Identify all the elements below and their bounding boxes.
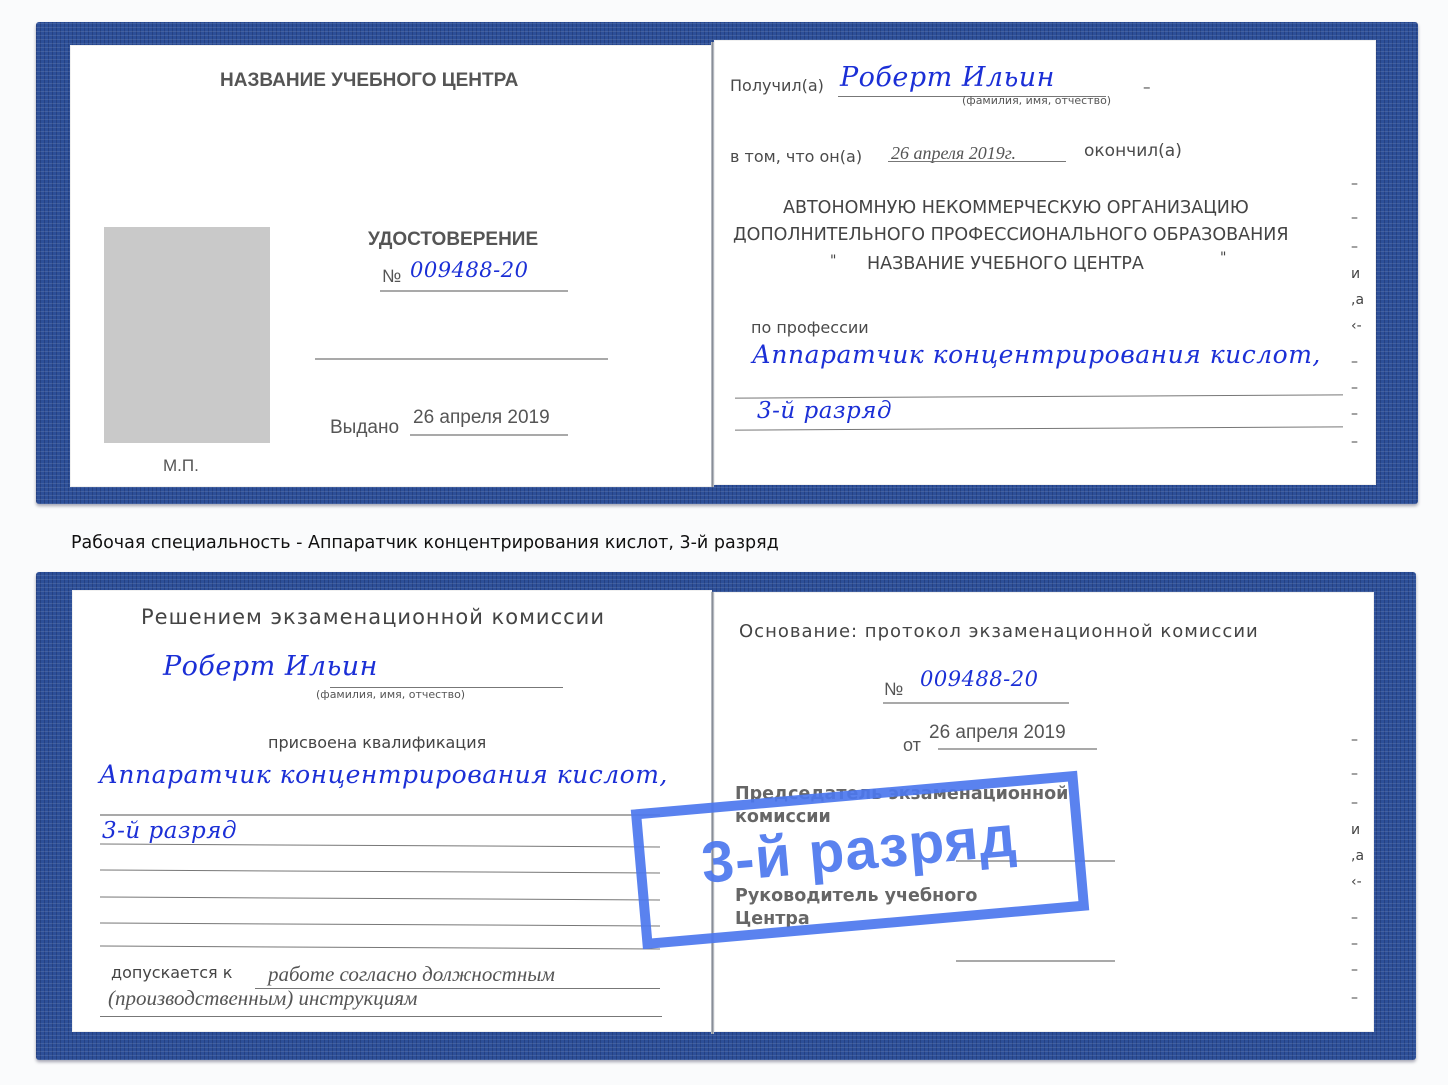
profession-label: по профессии <box>751 318 869 337</box>
profession-line-1: Аппаратчик концентрирования кислот, <box>752 340 1321 369</box>
qualification-label: присвоена квалификация <box>268 733 486 752</box>
admitted-underline-2 <box>100 1016 662 1017</box>
profession-line-2: 3-й разряд <box>757 398 892 424</box>
margin-mark: ‹- <box>1351 874 1362 890</box>
margin-mark: – <box>1351 434 1358 450</box>
org-line-3-quote-close: " <box>1220 250 1226 266</box>
number-prefix: № <box>382 266 401 287</box>
margin-mark: и <box>1351 822 1360 838</box>
margin-mark: – <box>1351 910 1358 926</box>
recipient-name: Роберт Ильин <box>840 62 1055 93</box>
completed-label: окончил(а) <box>1084 141 1182 161</box>
certificate-title: УДОСТОВЕРЕНИЕ <box>368 229 538 251</box>
margin-mark: и <box>1351 266 1360 282</box>
basis-label: Основание: протокол экзаменационной коми… <box>739 621 1259 642</box>
admitted-line-2: (производственным) инструкциям <box>108 986 417 1011</box>
margin-mark: – <box>1351 239 1358 255</box>
recipient-dash: – <box>1143 78 1151 96</box>
protocol-number-prefix: № <box>884 679 903 700</box>
photo-placeholder <box>104 227 270 443</box>
margin-mark: – <box>1351 176 1358 192</box>
protocol-number-underline <box>883 702 1069 704</box>
blank-line <box>315 358 608 360</box>
margin-mark: – <box>1351 210 1358 226</box>
org-line-2: ДОПОЛНИТЕЛЬНОГО ПРОФЕССИОНАЛЬНОГО ОБРАЗО… <box>733 225 1288 245</box>
issued-date: 26 апреля 2019 <box>413 407 550 429</box>
org-line-1: АВТОНОМНУЮ НЕКОММЕРЧЕСКУЮ ОРГАНИЗАЦИЮ <box>783 198 1249 218</box>
top-spine <box>711 42 714 487</box>
protocol-date-underline <box>938 748 1097 750</box>
number-underline <box>380 290 568 292</box>
from-label: от <box>903 735 921 756</box>
decision-label: Решением экзаменационной комиссии <box>141 605 605 629</box>
margin-mark: – <box>1351 380 1358 396</box>
received-label: Получил(а) <box>730 76 824 95</box>
specialty-caption: Рабочая специальность - Аппаратчик конце… <box>71 533 779 553</box>
protocol-date: 26 апреля 2019 <box>929 722 1066 744</box>
org-name-heading: НАЗВАНИЕ УЧЕБНОГО ЦЕНТРА <box>220 70 518 92</box>
issued-underline <box>410 434 568 436</box>
seal-label: М.П. <box>163 456 199 476</box>
protocol-number: 009488-20 <box>920 667 1038 691</box>
qualification-underline-1 <box>100 814 660 816</box>
in-that-label: в том, что он(а) <box>730 147 862 166</box>
margin-mark: ,а <box>1351 848 1364 864</box>
completion-underline <box>888 161 1066 162</box>
name-hint: (фамилия, имя, отчество) <box>962 94 1111 107</box>
admitted-line-1: работе согласно должностным <box>268 962 555 987</box>
org-line-3-quote-open: " <box>830 253 836 269</box>
margin-mark: – <box>1351 795 1358 811</box>
margin-mark: ,а <box>1351 292 1364 308</box>
name-hint-bottom: (фамилия, имя, отчество) <box>316 688 465 701</box>
admitted-label: допускается к <box>111 963 232 982</box>
issued-label: Выдано <box>330 417 399 439</box>
recipient-name-bottom: Роберт Ильин <box>163 651 378 682</box>
margin-mark: – <box>1351 354 1358 370</box>
margin-mark: – <box>1351 766 1358 782</box>
margin-mark: – <box>1351 962 1358 978</box>
margin-mark: – <box>1351 990 1358 1006</box>
grade-stamp-text: 3-й разряд <box>643 798 1075 902</box>
margin-mark: – <box>1351 936 1358 952</box>
margin-mark: – <box>1351 406 1358 422</box>
qualification-line-1: Аппаратчик концентрирования кислот, <box>99 760 668 789</box>
margin-mark: – <box>1351 732 1358 748</box>
org-line-3: НАЗВАНИЕ УЧЕБНОГО ЦЕНТРА <box>867 254 1144 274</box>
margin-mark: ‹- <box>1351 318 1362 334</box>
certificate-number: 009488-20 <box>410 258 528 282</box>
qualification-line-2: 3-й разряд <box>102 818 237 844</box>
head-signature-line <box>956 960 1115 962</box>
